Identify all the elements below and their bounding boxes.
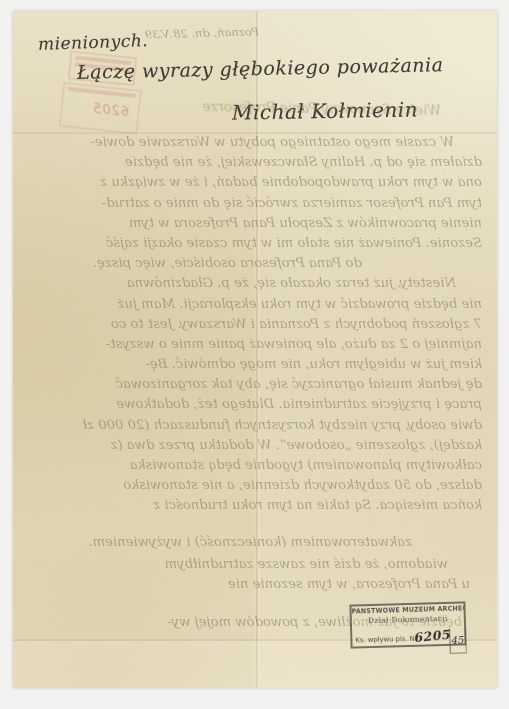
bleedthrough-line: wiadomo, że dziś nie zawsze zatrudniłbym xyxy=(30,555,482,575)
bleedthrough-line: ona w tym roku prawdopodobnie badań, i ż… xyxy=(30,173,482,193)
bleedthrough-line: kiem już w ubiegłym roku, nie mogę odmów… xyxy=(30,355,482,375)
bleedthrough-line: nienie pracowników z Zespołu Pana Profes… xyxy=(30,214,482,234)
bleedthrough-line: każdej), zgłoszenie „osobowe”. W dodatku… xyxy=(30,436,482,456)
bleedthrough-body: W czasie mego ostatniego pobytu w Warsza… xyxy=(30,133,482,633)
bleedthrough-line: pracę i przyjęcie zatrudnienia. Dlatego … xyxy=(30,395,482,415)
archive-stamp: PAŃSTWOWE MUZEUM ARCHEOLOGICZNE Dział Do… xyxy=(349,601,466,648)
bleedthrough-line: u Pana Profesora, w tym sezonie nie xyxy=(30,575,482,595)
archive-stamp-register-label: Ks. wpływu pis. Nr xyxy=(355,635,417,645)
handwritten-fragment: mienionych. xyxy=(38,31,149,55)
letter-paper: Poznań, dn. 28.V.39 6205 mienionych. Łąc… xyxy=(13,11,497,688)
bleedthrough-line: dę jednak musiał ograniczyć się, aby tak… xyxy=(30,375,482,395)
bleedthrough-line: dalsze, do 50 zabytkowych dziennie, a ni… xyxy=(30,476,482,496)
bleedthrough-line: 7 zgłoszeń podobnych z Poznania i Warsza… xyxy=(30,315,482,335)
bleedthrough-line: Niestety, już teraz okazało się, że p. G… xyxy=(30,274,482,294)
bleedthrough-line: działem się od p. Haliny Sławczewskiej, … xyxy=(30,153,482,173)
bleedthrough-line: Sezonie. Ponieważ nie stało mi w tym cza… xyxy=(30,234,482,254)
bleedthrough-line: dwie osoby, przy niezbyt korzystnych fun… xyxy=(30,416,482,436)
bottom-fold-panel xyxy=(13,641,497,688)
bleedthrough-line: końca miesiąca. Są takie na tym roku tru… xyxy=(30,496,482,516)
ghost-stamp: 6205 xyxy=(50,38,146,146)
bleedthrough-line: W czasie mego ostatniego pobytu w Warsza… xyxy=(30,133,482,153)
bleedthrough-line: nie będzie prowadzić w tym roku eksplora… xyxy=(30,295,482,315)
ghost-stamp-line xyxy=(68,87,136,98)
archive-stamp-suffix: 45 xyxy=(449,628,467,653)
bleedthrough-line: do Pana Profesora osobiście, więc piszę. xyxy=(30,254,482,274)
bleedthrough-line: tym Pan Profesor zamierza zwrócić się do… xyxy=(30,194,482,214)
bleedthrough-line: zakwaterowaniem (konieczność) i wyżywien… xyxy=(30,533,482,553)
archive-stamp-number: 6205 xyxy=(414,627,452,646)
bleedthrough-line: całkowitym planowaniem) tygodnie będą st… xyxy=(30,456,482,476)
scanned-letter-page: { "document": { "kind": "scanned handwri… xyxy=(0,0,509,709)
bleedthrough-line: najmniej o 2 za dużo, ale ponieważ panie… xyxy=(30,335,482,355)
